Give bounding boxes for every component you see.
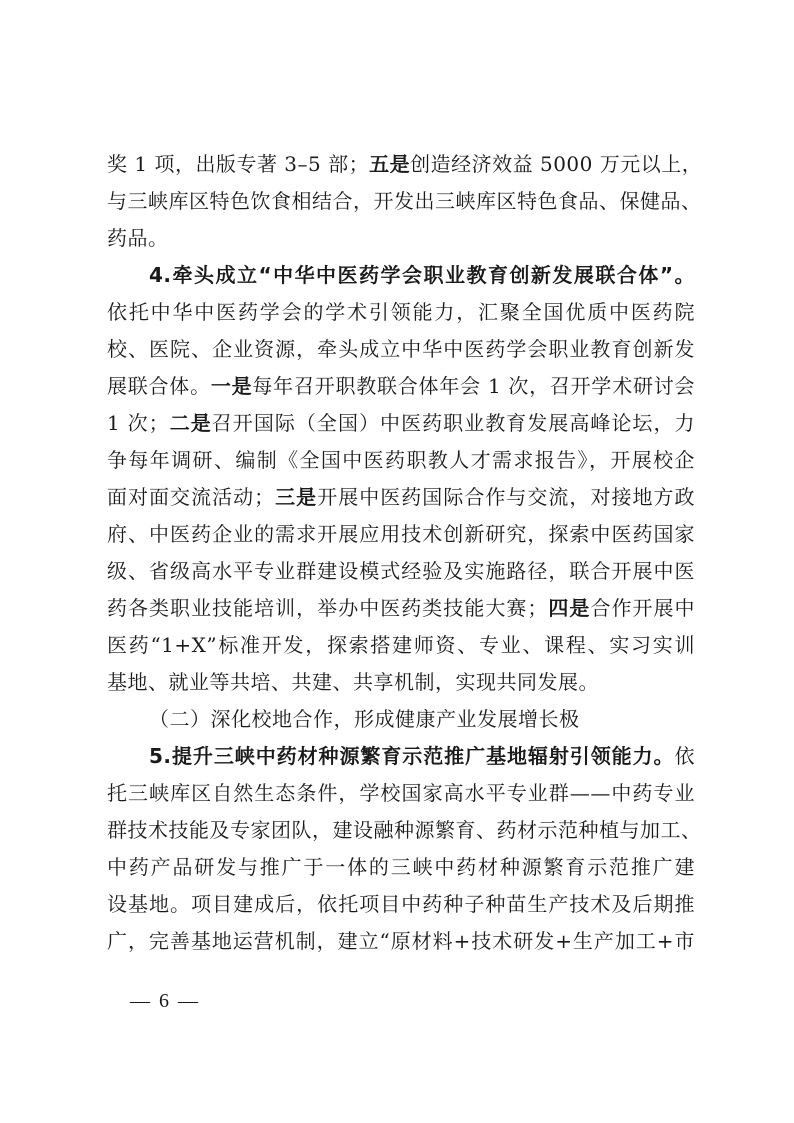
paragraph-line: 校、医院、企业资源，牵头成立中华中医药学会职业教育创新发 (107, 331, 695, 368)
paragraph-line: 药品。 (107, 220, 695, 257)
paragraph-line: 与三峡库区特色饮食相结合，开发出三峡库区特色食品、保健品、 (107, 183, 695, 220)
body-text: 每年召开职教联合体年会 1 次，召开学术研讨会 (252, 374, 695, 398)
body-text: 合作开展中 (590, 596, 695, 620)
body-text: 基地、就业等共培、共建、共享机制，实现共同发展。 (107, 670, 599, 694)
body-text: 依 (675, 744, 696, 768)
bold-text: 5.提升三峡中药材种源繁育示范推广基地辐射引领能力。 (149, 744, 675, 768)
body-text: 奖 1 项，出版专著 3–5 部； (107, 152, 369, 176)
paragraph-line: 中药产品研发与推广于一体的三峡中药材种源繁育示范推广建 (107, 849, 695, 886)
body-text: 1 次； (107, 411, 169, 435)
body-text: 广，完善基地运营机制，建立“原材料+技术研发+生产加工+市 (107, 929, 695, 953)
paragraph-line: 依托中华中医药学会的学术引领能力，汇聚全国优质中医药院 (107, 294, 695, 331)
paragraph-line: 托三峡库区自然生态条件，学校国家高水平专业群——中药专业 (107, 775, 695, 812)
paragraph-line: 基地、就业等共培、共建、共享机制，实现共同发展。 (107, 664, 695, 701)
paragraph-line: 广，完善基地运营机制，建立“原材料+技术研发+生产加工+市 (107, 923, 695, 960)
body-text: 群技术技能及专家团队，建设融种源繁育、药材示范种植与加工、 (107, 818, 702, 842)
item-heading-line: 4.牵头成立“中华中医药学会职业教育创新发展联合体”。 (107, 257, 695, 294)
body-text: 召开国际（全国）中医药职业教育发展高峰论坛，力 (212, 411, 695, 435)
body-text: 设基地。项目建成后，依托项目中药种子种苗生产技术及后期推 (107, 892, 695, 916)
document-body: 奖 1 项，出版专著 3–5 部；五是创造经济效益 5000 万元以上，与三峡库… (107, 146, 695, 960)
paragraph-line: 设基地。项目建成后，依托项目中药种子种苗生产技术及后期推 (107, 886, 695, 923)
paragraph-line: 级、省级高水平专业群建设模式经验及实施路径，联合开展中医 (107, 553, 695, 590)
body-text: 争每年调研、编制《全国中医药职教人才需求报告》，开展校企 (107, 448, 695, 472)
bold-text: 二是 (169, 411, 212, 435)
body-text: （二）深化校地合作，形成健康产业发展增长极 (149, 707, 580, 731)
body-text: 医药“1+X”标准开发，探索搭建师资、专业、课程、实习实训 (107, 633, 695, 657)
paragraph-line: 奖 1 项，出版专著 3–5 部；五是创造经济效益 5000 万元以上， (107, 146, 695, 183)
paragraph-line: 群技术技能及专家团队，建设融种源繁育、药材示范种植与加工、 (107, 812, 695, 849)
paragraph-line: 展联合体。一是每年召开职教联合体年会 1 次，召开学术研讨会 (107, 368, 695, 405)
paragraph-line: 争每年调研、编制《全国中医药职教人才需求报告》，开展校企 (107, 442, 695, 479)
body-text: 面对面交流活动； (107, 485, 275, 509)
bold-text: 四是 (548, 596, 591, 620)
bold-text: 4.牵头成立“中华中医药学会职业教育创新发展联合体”。 (149, 263, 695, 287)
paragraph-line: 医药“1+X”标准开发，探索搭建师资、专业、课程、实习实训 (107, 627, 695, 664)
paragraph-line: 府、中医药企业的需求开展应用技术创新研究，探索中医药国家 (107, 516, 695, 553)
body-text: 依托中华中医药学会的学术引领能力，汇聚全国优质中医药院 (107, 300, 695, 324)
bold-text: 一是 (211, 374, 253, 398)
body-text: 校、医院、企业资源，牵头成立中华中医药学会职业教育创新发 (107, 337, 695, 361)
page-number: — 6 — (130, 990, 200, 1013)
bold-text: 五是 (369, 152, 410, 176)
body-text: 展联合体。 (107, 374, 211, 398)
body-text: 中药产品研发与推广于一体的三峡中药材种源繁育示范推广建 (107, 855, 695, 879)
body-text: 托三峡库区自然生态条件，学校国家高水平专业群——中药专业 (107, 781, 695, 805)
body-text: 创造经济效益 5000 万元以上， (410, 152, 702, 176)
body-text: 开展中医药国际合作与交流，对接地方政 (317, 485, 695, 509)
item-heading-line: 5.提升三峡中药材种源繁育示范推广基地辐射引领能力。依 (107, 738, 695, 775)
body-text: 与三峡库区特色饮食相结合，开发出三峡库区特色食品、保健品、 (107, 189, 702, 213)
bold-text: 三是 (275, 485, 318, 509)
section-heading: （二）深化校地合作，形成健康产业发展增长极 (107, 701, 695, 738)
body-text: 药品。 (107, 226, 169, 250)
body-text: 药各类职业技能培训，举办中医药类技能大赛； (107, 596, 548, 620)
body-text: 级、省级高水平专业群建设模式经验及实施路径，联合开展中医 (107, 559, 695, 583)
paragraph-line: 药各类职业技能培训，举办中医药类技能大赛；四是合作开展中 (107, 590, 695, 627)
paragraph-line: 面对面交流活动；三是开展中医药国际合作与交流，对接地方政 (107, 479, 695, 516)
body-text: 府、中医药企业的需求开展应用技术创新研究，探索中医药国家 (107, 522, 695, 546)
paragraph-line: 1 次；二是召开国际（全国）中医药职业教育发展高峰论坛，力 (107, 405, 695, 442)
